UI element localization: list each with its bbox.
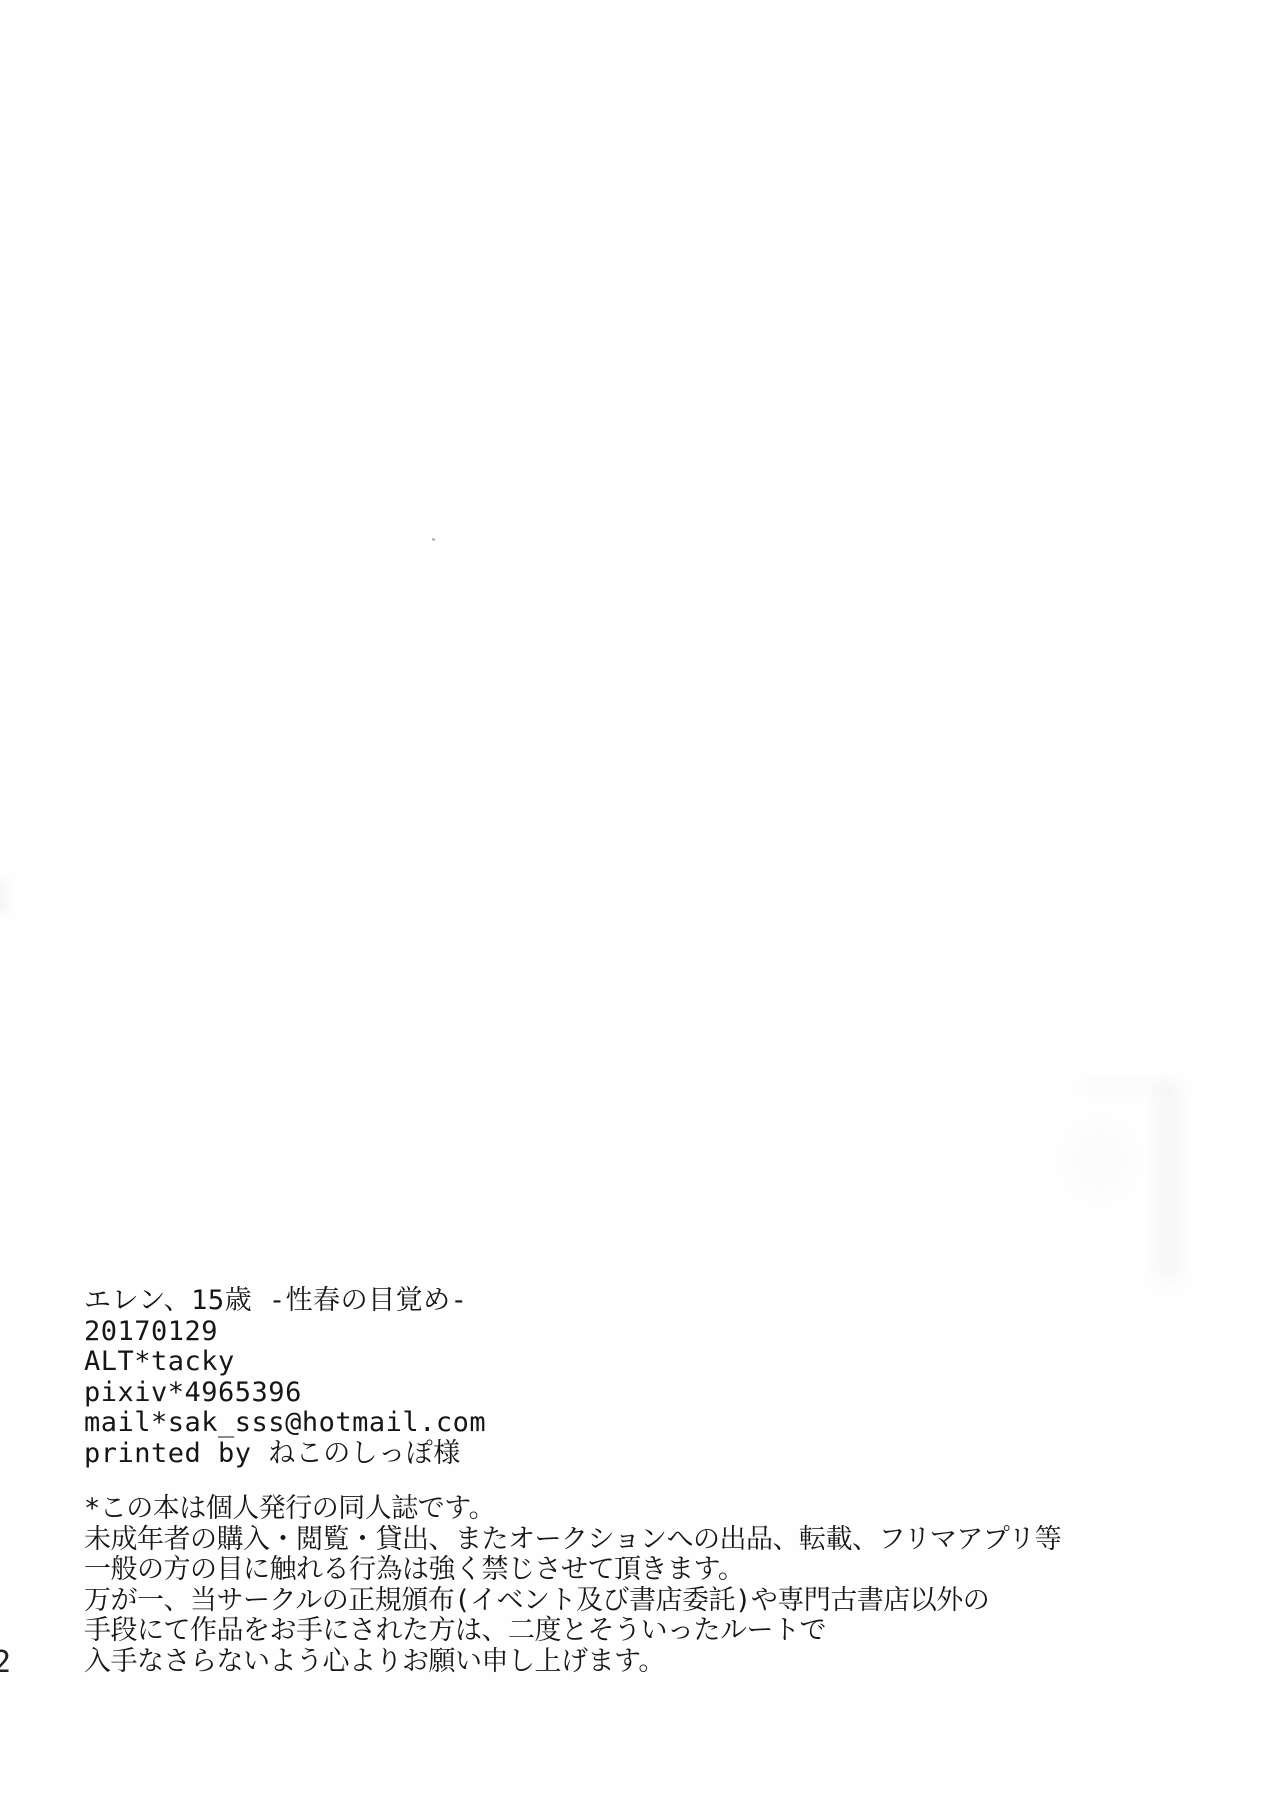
disclaimer-line: 一般の方の目に触れる行為は強く禁じさせて頂きます。	[84, 1555, 1061, 1586]
colophon-block: エレン、15歳 -性春の目覚め- 20170129 ALT*tacky pixi…	[84, 1286, 486, 1469]
printer-credit: printed by ねこのしっぽ様	[84, 1439, 486, 1470]
disclaimer-line: 未成年者の購入・閲覧・貸出、またオークションへの出品、転載、フリマアプリ等	[84, 1525, 1061, 1556]
disclaimer-line: *この本は個人発行の同人誌です。	[84, 1494, 1061, 1525]
release-date: 20170129	[84, 1317, 486, 1348]
scanned-doujin-page: エレン、15歳 -性春の目覚め- 20170129 ALT*tacky pixi…	[0, 0, 1280, 1816]
scan-artifact	[1156, 1082, 1182, 1282]
pixiv-id: pixiv*4965396	[84, 1378, 486, 1409]
doujin-title: エレン、15歳 -性春の目覚め-	[84, 1286, 486, 1317]
disclaimer-block: *この本は個人発行の同人誌です。 未成年者の購入・閲覧・貸出、またオークションへ…	[84, 1494, 1061, 1677]
circle-name: ALT*tacky	[84, 1347, 486, 1378]
page-number: 2	[0, 1645, 11, 1680]
scan-artifact	[1070, 1125, 1130, 1195]
scan-artifact	[432, 538, 435, 541]
disclaimer-line: 入手なさらないよう心よりお願い申し上げます。	[84, 1647, 1061, 1678]
scan-artifact	[0, 880, 8, 914]
contact-email: mail*sak_sss@hotmail.com	[84, 1408, 486, 1439]
scan-artifact	[1082, 1082, 1172, 1091]
disclaimer-line: 万が一、当サークルの正規頒布(イベント及び書店委託)や専門古書店以外の	[84, 1586, 1061, 1617]
disclaimer-line: 手段にて作品をお手にされた方は、二度とそういったルートで	[84, 1616, 1061, 1647]
